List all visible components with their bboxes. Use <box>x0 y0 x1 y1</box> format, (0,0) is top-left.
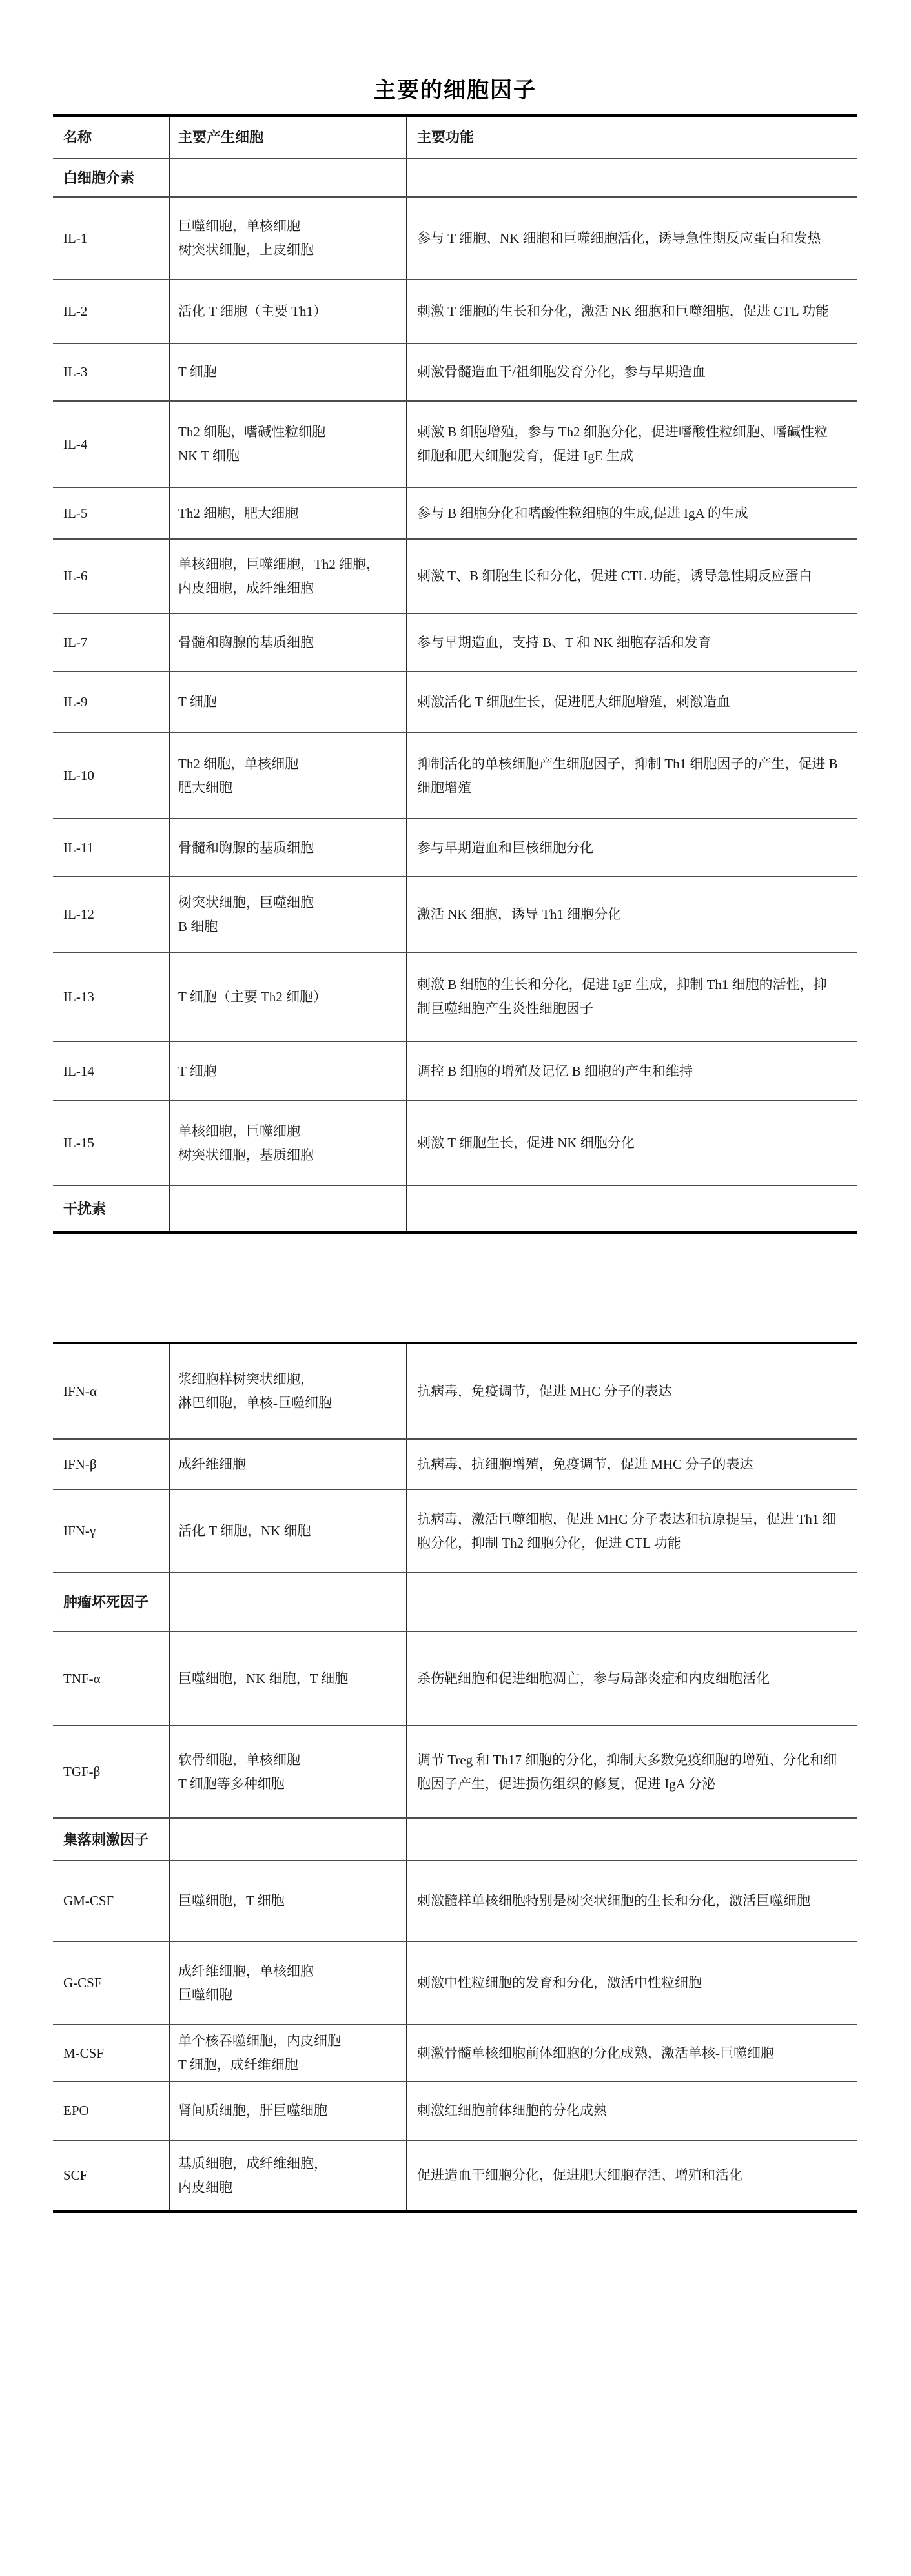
producer-cells: 单核细胞，巨噬细胞，Th2 细胞，内皮细胞，成纤维细胞 <box>169 540 406 613</box>
section-empty-producers <box>169 1186 406 1231</box>
cytokine-name: GM-CSF <box>53 1861 169 1941</box>
producer-cells: 巨噬细胞，NK 细胞，T 细胞 <box>169 1632 406 1725</box>
function-cell: 参与早期造血，支持 B、T 和 NK 细胞存活和发育 <box>406 614 857 671</box>
section-empty-producers <box>169 1819 406 1860</box>
table-row: IL-12 树突状细胞，巨噬细胞B 细胞 激活 NK 细胞，诱导 Th1 细胞分… <box>53 877 857 953</box>
cytokine-name: IL-3 <box>53 344 169 400</box>
cytokine-name: G-CSF <box>53 1942 169 2024</box>
function-cell: 抗病毒，激活巨噬细胞，促进 MHC 分子表达和抗原提呈，促进 Th1 细胞分化，… <box>406 1490 857 1572</box>
producer-cells: Th2 细胞，单核细胞肥大细胞 <box>169 733 406 818</box>
producer-line: 骨髓和胸腺的基质细胞 <box>178 631 398 655</box>
table-row: IL-6 单核细胞，巨噬细胞，Th2 细胞，内皮细胞，成纤维细胞 刺激 T、B … <box>53 540 857 614</box>
producer-line: B 细胞 <box>178 915 398 939</box>
cytokine-name: SCF <box>53 2141 169 2210</box>
table-row: IL-11 骨髓和胸腺的基质细胞 参与早期造血和巨核细胞分化 <box>53 819 857 877</box>
cytokine-name: IL-11 <box>53 819 169 876</box>
cytokine-name: M-CSF <box>53 2025 169 2081</box>
table-row: IFN-β 成纤维细胞 抗病毒，抗细胞增殖，免疫调节，促进 MHC 分子的表达 <box>53 1440 857 1490</box>
producer-line: Th2 细胞，嗜碱性粒细胞 <box>178 420 398 444</box>
producer-line: 巨噬细胞 <box>178 1983 398 2007</box>
function-cell: 刺激 T 细胞的生长和分化，激活 NK 细胞和巨噬细胞，促进 CTL 功能 <box>406 280 857 343</box>
function-cell: 刺激活化 T 细胞生长，促进肥大细胞增殖，刺激造血 <box>406 672 857 732</box>
producer-line: 内皮细胞 <box>178 2176 398 2200</box>
table-row: IL-15 单核细胞，巨噬细胞树突状细胞，基质细胞 刺激 T 细胞生长，促进 N… <box>53 1101 857 1186</box>
function-cell: 刺激骨髓单核细胞前体细胞的分化成熟，激活单核-巨噬细胞 <box>406 2025 857 2081</box>
producer-cells: T 细胞 <box>169 344 406 400</box>
table-row: IL-1 巨噬细胞，单核细胞树突状细胞，上皮细胞 参与 T 细胞、NK 细胞和巨… <box>53 198 857 280</box>
producer-line: 活化 T 细胞（主要 Th1） <box>178 300 398 323</box>
producer-cells: 树突状细胞，巨噬细胞B 细胞 <box>169 877 406 952</box>
cytokine-name: IFN-γ <box>53 1490 169 1572</box>
producer-line: NK T 细胞 <box>178 444 398 468</box>
cytokine-name: IL-1 <box>53 198 169 279</box>
producer-cells: 活化 T 细胞，NK 细胞 <box>169 1490 406 1572</box>
cytokine-name: TNF-α <box>53 1632 169 1725</box>
producer-line: 肥大细胞 <box>178 776 398 800</box>
cytokine-name: IL-5 <box>53 488 169 538</box>
function-cell: 刺激 B 细胞增殖，参与 Th2 细胞分化，促进嗜酸性粒细胞、嗜碱性粒细胞和肥大… <box>406 402 857 487</box>
function-cell: 刺激骨髓造血干/祖细胞发育分化，参与早期造血 <box>406 344 857 400</box>
section-label: 干扰素 <box>53 1186 169 1231</box>
producer-line: 活化 T 细胞，NK 细胞 <box>178 1519 398 1543</box>
cytokine-name: EPO <box>53 2082 169 2140</box>
section-empty-functions <box>406 159 857 196</box>
header-main-functions: 主要功能 <box>406 117 857 158</box>
section-label: 肿瘤坏死因子 <box>53 1573 169 1631</box>
function-cell: 刺激 T、B 细胞生长和分化，促进 CTL 功能，诱导急性期反应蛋白 <box>406 540 857 613</box>
producer-line: T 细胞 <box>178 690 398 714</box>
document-page: 主要的细胞因子 名称 主要产生细胞 主要功能 白细胞介素 IL-1 巨噬细胞，单… <box>0 0 911 2576</box>
section-label: 白细胞介素 <box>53 159 169 196</box>
function-cell: 抑制活化的单核细胞产生细胞因子，抑制 Th1 细胞因子的产生，促进 B 细胞增殖 <box>406 733 857 818</box>
producer-cells: T 细胞（主要 Th2 细胞） <box>169 953 406 1041</box>
producer-cells: 巨噬细胞，单核细胞树突状细胞，上皮细胞 <box>169 198 406 279</box>
producer-line: T 细胞（主要 Th2 细胞） <box>178 985 398 1009</box>
section-empty-producers <box>169 1573 406 1631</box>
section-empty-functions <box>406 1186 857 1231</box>
table-row: IL-10 Th2 细胞，单核细胞肥大细胞 抑制活化的单核细胞产生细胞因子，抑制… <box>53 733 857 819</box>
section-row: 集落刺激因子 <box>53 1819 857 1861</box>
cytokine-name: IL-15 <box>53 1101 169 1185</box>
section-row: 肿瘤坏死因子 <box>53 1573 857 1632</box>
producer-line: 成纤维细胞，单核细胞 <box>178 1959 398 1983</box>
producer-cells: 肾间质细胞，肝巨噬细胞 <box>169 2082 406 2140</box>
cytokine-name: IFN-α <box>53 1344 169 1438</box>
cytokine-name: IL-14 <box>53 1042 169 1100</box>
producer-cells: 基质细胞，成纤维细胞，内皮细胞 <box>169 2141 406 2210</box>
table-row: IL-2 活化 T 细胞（主要 Th1） 刺激 T 细胞的生长和分化，激活 NK… <box>53 280 857 344</box>
table-row: IL-13 T 细胞（主要 Th2 细胞） 刺激 B 细胞的生长和分化，促进 I… <box>53 953 857 1042</box>
producer-cells: 浆细胞样树突状细胞，淋巴细胞，单核-巨噬细胞 <box>169 1344 406 1438</box>
cytokine-name: IL-12 <box>53 877 169 952</box>
cytokine-name: IL-13 <box>53 953 169 1041</box>
function-cell: 调控 B 细胞的增殖及记忆 B 细胞的产生和维持 <box>406 1042 857 1100</box>
producer-cells: 软骨细胞，单核细胞T 细胞等多种细胞 <box>169 1726 406 1817</box>
function-cell: 调节 Treg 和 Th17 细胞的分化，抑制大多数免疫细胞的增殖、分化和细胞因… <box>406 1726 857 1817</box>
function-cell: 参与 B 细胞分化和嗜酸性粒细胞的生成,促进 IgA 的生成 <box>406 488 857 538</box>
producer-cells: 成纤维细胞，单核细胞巨噬细胞 <box>169 1942 406 2024</box>
function-cell: 刺激 T 细胞生长，促进 NK 细胞分化 <box>406 1101 857 1185</box>
section-empty-producers <box>169 159 406 196</box>
producer-line: 单核细胞，巨噬细胞 <box>178 1119 398 1143</box>
producer-cells: Th2 细胞，嗜碱性粒细胞NK T 细胞 <box>169 402 406 487</box>
cytokine-name: TGF-β <box>53 1726 169 1817</box>
function-cell: 参与 T 细胞、NK 细胞和巨噬细胞活化，诱导急性期反应蛋白和发热 <box>406 198 857 279</box>
producer-line: T 细胞等多种细胞 <box>178 1772 398 1796</box>
function-cell: 促进造血干细胞分化，促进肥大细胞存活、增殖和活化 <box>406 2141 857 2210</box>
producer-line: 肾间质细胞，肝巨噬细胞 <box>178 2099 398 2123</box>
producer-line: 基质细胞，成纤维细胞， <box>178 2152 398 2176</box>
producer-cells: 成纤维细胞 <box>169 1440 406 1489</box>
cytokine-name: IL-4 <box>53 402 169 487</box>
section-label: 集落刺激因子 <box>53 1819 169 1860</box>
producer-cells: 活化 T 细胞（主要 Th1） <box>169 280 406 343</box>
producer-cells: 单核细胞，巨噬细胞树突状细胞，基质细胞 <box>169 1101 406 1185</box>
producer-cells: T 细胞 <box>169 1042 406 1100</box>
producer-line: T 细胞，成纤维细胞 <box>178 2053 398 2077</box>
producer-line: 浆细胞样树突状细胞， <box>178 1367 398 1391</box>
cytokine-name: IL-6 <box>53 540 169 613</box>
function-cell: 抗病毒，抗细胞增殖，免疫调节，促进 MHC 分子的表达 <box>406 1440 857 1489</box>
producer-line: 淋巴细胞，单核-巨噬细胞 <box>178 1391 398 1415</box>
table-row: IFN-α 浆细胞样树突状细胞，淋巴细胞，单核-巨噬细胞 抗病毒，免疫调节，促进… <box>53 1344 857 1440</box>
table-row: IL-5 Th2 细胞，肥大细胞 参与 B 细胞分化和嗜酸性粒细胞的生成,促进 … <box>53 488 857 540</box>
cytokine-name: IL-7 <box>53 614 169 671</box>
cytokine-name: IL-9 <box>53 672 169 732</box>
producer-line: 树突状细胞，上皮细胞 <box>178 238 398 262</box>
section-empty-functions <box>406 1573 857 1631</box>
producer-line: 成纤维细胞 <box>178 1453 398 1477</box>
table-row: IL-9 T 细胞 刺激活化 T 细胞生长，促进肥大细胞增殖，刺激造血 <box>53 672 857 733</box>
section-empty-functions <box>406 1819 857 1860</box>
producer-cells: Th2 细胞，肥大细胞 <box>169 488 406 538</box>
table-row: IL-3 T 细胞 刺激骨髓造血干/祖细胞发育分化，参与早期造血 <box>53 344 857 402</box>
producer-line: 树突状细胞，巨噬细胞 <box>178 891 398 915</box>
cytokine-name: IL-2 <box>53 280 169 343</box>
function-cell: 激活 NK 细胞，诱导 Th1 细胞分化 <box>406 877 857 952</box>
producer-line: Th2 细胞，单核细胞 <box>178 752 398 776</box>
producer-line: 巨噬细胞，NK 细胞，T 细胞 <box>178 1667 398 1691</box>
table-row: IFN-γ 活化 T 细胞，NK 细胞 抗病毒，激活巨噬细胞，促进 MHC 分子… <box>53 1490 857 1573</box>
table-row: IL-7 骨髓和胸腺的基质细胞 参与早期造血，支持 B、T 和 NK 细胞存活和… <box>53 614 857 672</box>
table-row: M-CSF 单个核吞噬细胞，内皮细胞T 细胞，成纤维细胞 刺激骨髓单核细胞前体细… <box>53 2025 857 2082</box>
header-producing-cells: 主要产生细胞 <box>169 117 406 158</box>
producer-line: 巨噬细胞，T 细胞 <box>178 1889 398 1913</box>
table-row: IL-14 T 细胞 调控 B 细胞的增殖及记忆 B 细胞的产生和维持 <box>53 1042 857 1101</box>
producer-cells: 骨髓和胸腺的基质细胞 <box>169 819 406 876</box>
producer-cells: 巨噬细胞，T 细胞 <box>169 1861 406 1941</box>
cytokine-table-part-2: IFN-α 浆细胞样树突状细胞，淋巴细胞，单核-巨噬细胞 抗病毒，免疫调节，促进… <box>53 1342 857 2213</box>
producer-cells: T 细胞 <box>169 672 406 732</box>
producer-line: 单核细胞，巨噬细胞，Th2 细胞， <box>178 553 398 577</box>
header-name: 名称 <box>53 117 169 158</box>
producer-line: 骨髓和胸腺的基质细胞 <box>178 836 398 860</box>
table-header-row: 名称 主要产生细胞 主要功能 <box>53 117 857 159</box>
producer-line: Th2 细胞，肥大细胞 <box>178 502 398 526</box>
function-cell: 刺激 B 细胞的生长和分化，促进 IgE 生成，抑制 Th1 细胞的活性，抑制巨… <box>406 953 857 1041</box>
producer-line: 树突状细胞，基质细胞 <box>178 1143 398 1167</box>
section-row: 干扰素 <box>53 1186 857 1231</box>
producer-cells: 单个核吞噬细胞，内皮细胞T 细胞，成纤维细胞 <box>169 2025 406 2081</box>
producer-line: T 细胞 <box>178 360 398 384</box>
section-row: 白细胞介素 <box>53 159 857 198</box>
producer-line: 巨噬细胞，单核细胞 <box>178 214 398 238</box>
cytokine-name: IFN-β <box>53 1440 169 1489</box>
table-row: SCF 基质细胞，成纤维细胞，内皮细胞 促进造血干细胞分化，促进肥大细胞存活、增… <box>53 2141 857 2210</box>
producer-line: T 细胞 <box>178 1059 398 1083</box>
function-cell: 刺激髓样单核细胞特别是树突状细胞的生长和分化，激活巨噬细胞 <box>406 1861 857 1941</box>
function-cell: 刺激中性粒细胞的发育和分化，激活中性粒细胞 <box>406 1942 857 2024</box>
producer-cells: 骨髓和胸腺的基质细胞 <box>169 614 406 671</box>
table-row: GM-CSF 巨噬细胞，T 细胞 刺激髓样单核细胞特别是树突状细胞的生长和分化，… <box>53 1861 857 1942</box>
table-row: EPO 肾间质细胞，肝巨噬细胞 刺激红细胞前体细胞的分化成熟 <box>53 2082 857 2141</box>
table-row: G-CSF 成纤维细胞，单核细胞巨噬细胞 刺激中性粒细胞的发育和分化，激活中性粒… <box>53 1942 857 2025</box>
producer-line: 软骨细胞，单核细胞 <box>178 1748 398 1772</box>
table-row: TGF-β 软骨细胞，单核细胞T 细胞等多种细胞 调节 Treg 和 Th17 … <box>53 1726 857 1819</box>
producer-line: 内皮细胞，成纤维细胞 <box>178 577 398 600</box>
page-title: 主要的细胞因子 <box>53 72 857 104</box>
function-cell: 参与早期造血和巨核细胞分化 <box>406 819 857 876</box>
function-cell: 刺激红细胞前体细胞的分化成熟 <box>406 2082 857 2140</box>
table-row: IL-4 Th2 细胞，嗜碱性粒细胞NK T 细胞 刺激 B 细胞增殖，参与 T… <box>53 402 857 488</box>
function-cell: 抗病毒，免疫调节，促进 MHC 分子的表达 <box>406 1344 857 1438</box>
cytokine-table-part-1: 名称 主要产生细胞 主要功能 白细胞介素 IL-1 巨噬细胞，单核细胞树突状细胞… <box>53 114 857 1234</box>
function-cell: 杀伤靶细胞和促进细胞凋亡，参与局部炎症和内皮细胞活化 <box>406 1632 857 1725</box>
producer-line: 单个核吞噬细胞，内皮细胞 <box>178 2029 398 2053</box>
cytokine-name: IL-10 <box>53 733 169 818</box>
table-row: TNF-α 巨噬细胞，NK 细胞，T 细胞 杀伤靶细胞和促进细胞凋亡，参与局部炎… <box>53 1632 857 1726</box>
